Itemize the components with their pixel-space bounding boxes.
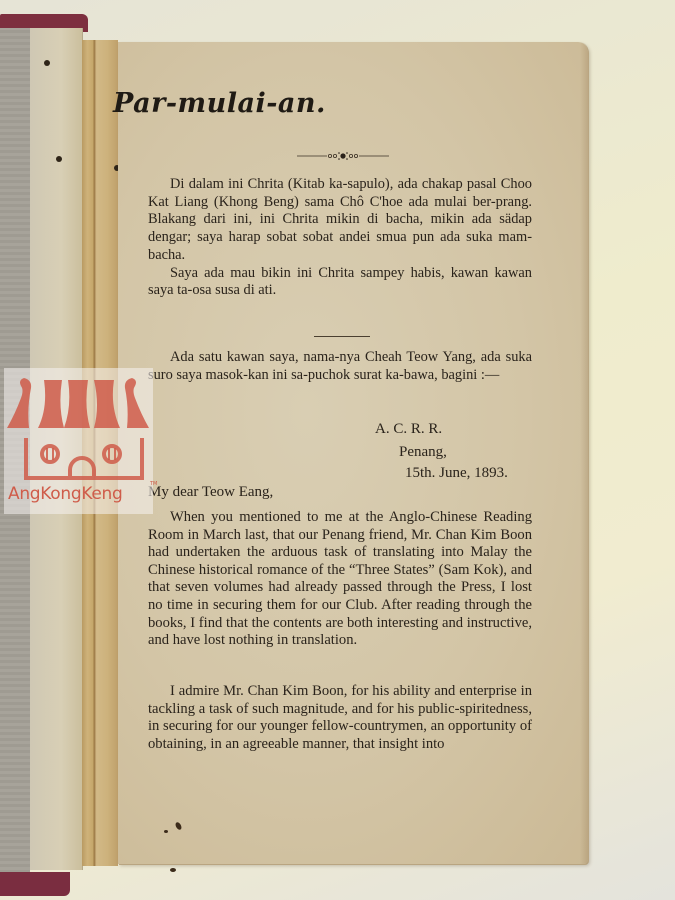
letter-paragraph: When you mentioned to me at the Anglo-Ch… [148, 509, 532, 650]
letter-date: 15th. June, 1893. [405, 465, 508, 482]
page-title: Par-mulai-an. [0, 88, 557, 119]
watermark-trademark: TM [150, 481, 157, 487]
ink-stain [164, 830, 168, 833]
book-cover-bottom-edge [0, 872, 70, 896]
binding-hole [44, 60, 50, 66]
letter-sender: A. C. R. R. [375, 421, 442, 438]
body-paragraph: Ada satu kawan saya, nama-nya Cheah Teow… [148, 349, 532, 384]
intro-text: Di dalam ini Chrita (Kitab ka-sapulo), a… [148, 176, 532, 300]
section-divider [314, 336, 370, 337]
letter-paragraph: I admire Mr. Chan Kim Boon, for his abil… [148, 683, 532, 753]
intro-paragraph: Saya ada mau bikin ini Chrita sampey hab… [148, 265, 532, 300]
intro-paragraph: Di dalam ini Chrita (Kitab ka-sapulo), a… [148, 176, 532, 265]
watermark-brand: AngKongKeng [8, 484, 158, 504]
letter-body: I admire Mr. Chan Kim Boon, for his abil… [148, 683, 532, 753]
ink-stain [170, 868, 176, 872]
letter-place: Penang, [399, 444, 447, 461]
letter-body: When you mentioned to me at the Anglo-Ch… [148, 509, 532, 650]
shophouse-logo-icon [4, 368, 153, 488]
ornamental-divider-icon [297, 151, 389, 161]
page-edge-shadow [580, 42, 588, 864]
watermark: AngKongKeng TM [4, 368, 153, 514]
letter-salutation: My dear Teow Eang, [148, 484, 273, 501]
binding-hole [56, 156, 62, 162]
second-paragraph: Ada satu kawan saya, nama-nya Cheah Teow… [148, 349, 532, 384]
